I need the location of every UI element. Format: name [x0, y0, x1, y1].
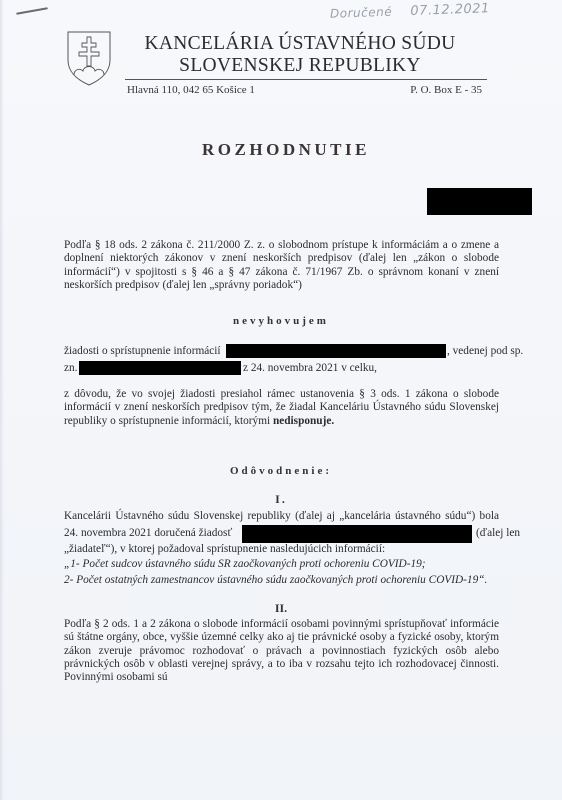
organization-name-line1: KANCELÁRIA ÚSTAVNÉHO SÚDU	[130, 33, 470, 55]
request-line-1-end: , vedenej pod sp.	[447, 345, 523, 358]
request-line-2-end: z 24. novembra 2021 v celku,	[243, 362, 377, 375]
slovak-coat-of-arms-icon	[66, 30, 112, 86]
letterhead-divider	[125, 79, 487, 80]
received-stamp-handwritten: Doručené 07.12.2021	[330, 1, 490, 22]
requested-info-item-1: „1- Počet sudcov ústavného súdu SR zaočk…	[64, 558, 426, 571]
section-1-numeral: I.	[0, 492, 562, 507]
received-label: Doručené	[330, 5, 393, 21]
redaction-block-applicant	[242, 525, 472, 543]
section-1-line-3: „žiadateľ“), v ktorej požadoval sprístup…	[64, 543, 385, 556]
redaction-block-file-number	[79, 361, 241, 375]
organization-name: KANCELÁRIA ÚSTAVNÉHO SÚDU SLOVENSKEJ REP…	[130, 33, 470, 77]
section-1-line-2-start: 24. novembra 2021 doručená žiadosť	[64, 527, 232, 540]
reason-paragraph: z dôvodu, že vo svojej žiadosti presiaho…	[64, 388, 499, 428]
postal-address: Hlavná 110, 042 65 Košice 1	[127, 84, 255, 96]
scan-edge-shadow	[0, 0, 4, 800]
reason-emphasis: nedisponuje.	[273, 415, 334, 427]
document-title: ROZHODNUTIE	[0, 140, 562, 160]
intro-paragraph: Podľa § 18 ods. 2 zákona č. 211/2000 Z. …	[64, 239, 499, 292]
received-date: 07.12.2021	[410, 1, 490, 19]
section-2-numeral: II.	[0, 601, 562, 616]
section-1-line-1: Kancelárii Ústavného súdu Slovenskej rep…	[64, 510, 499, 523]
redaction-block-reference	[427, 188, 532, 215]
organization-name-line2: SLOVENSKEJ REPUBLIKY	[130, 55, 470, 77]
po-box: P. O. Box E - 35	[410, 84, 482, 96]
section-1-line-2-end: (ďalej len	[476, 527, 520, 540]
request-line-1-start: žiadosti o sprístupnenie informácií	[64, 345, 221, 357]
justification-heading: Odôvodnenie:	[0, 465, 562, 477]
request-line-2-start: zn.	[64, 362, 78, 375]
requested-info-item-2: 2- Počet ostatných zamestnancov ústavnéh…	[64, 574, 487, 587]
section-2-paragraph: Podľa § 2 ods. 1 a 2 zákona o slobode in…	[64, 618, 499, 684]
section-1-paragraph: Kancelárii Ústavného súdu Slovenskej rep…	[64, 510, 499, 523]
verdict-heading: nevyhovujem	[0, 315, 562, 327]
document-page: Doručené 07.12.2021 KANCELÁRIA ÚSTAVNÉHO…	[0, 0, 562, 800]
pen-mark	[16, 7, 48, 15]
request-line-1: žiadosti o sprístupnenie informácií	[64, 345, 221, 358]
redaction-block-requester	[226, 344, 446, 358]
